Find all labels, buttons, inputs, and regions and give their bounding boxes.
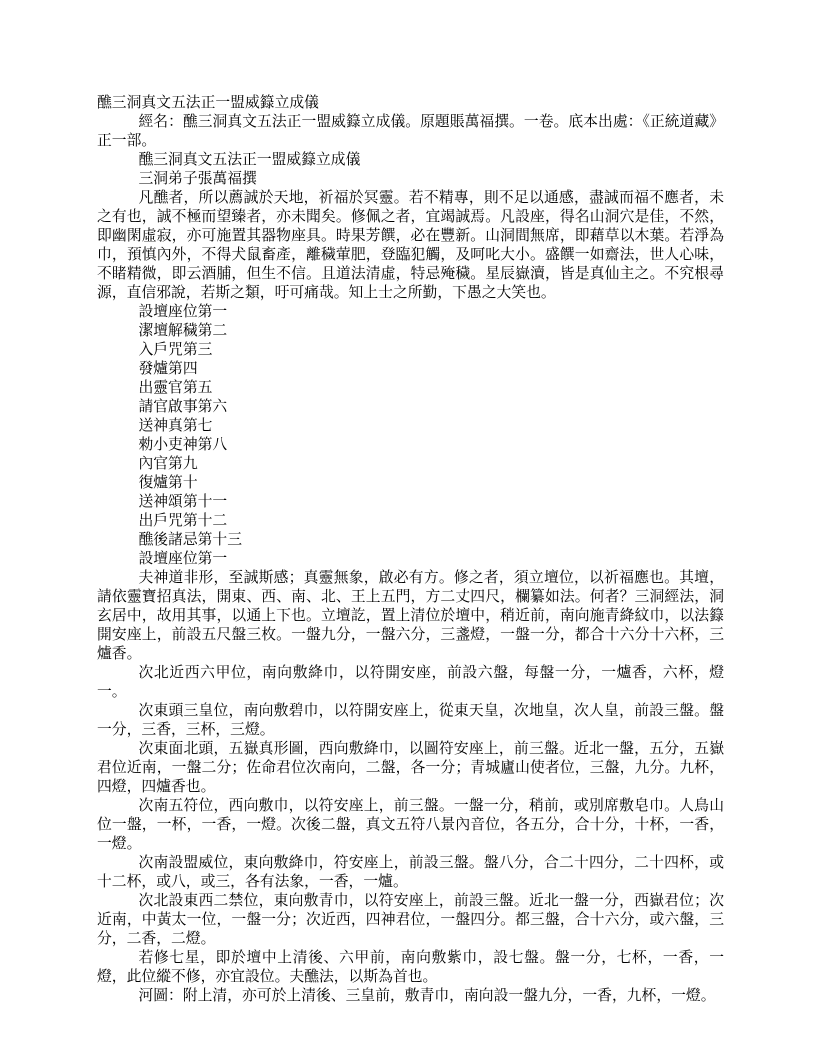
toc-item-5: 出靈官第五	[97, 378, 724, 397]
paragraph-9: 河圖：附上清，亦可於上清後、三皇前，敷青巾，南向設一盤九分，一香，九杯，一燈。	[97, 986, 724, 1005]
doc-title: 醮三洞真文五法正一盟威籙立成儀	[97, 93, 724, 112]
colophon: 經名：醮三洞真文五法正一盟威籙立成儀。原題賬萬福撰。一卷。底本出處：《正統道藏》…	[97, 112, 724, 150]
paragraph-4: 次東面北頭，五嶽真形圖，西向敷絳巾，以圖符安座上，前三盤。近北一盤，五分，五嶽君…	[97, 739, 724, 796]
toc-item-3: 入戶咒第三	[97, 340, 724, 359]
document-page: 醮三洞真文五法正一盟威籙立成儀 經名：醮三洞真文五法正一盟威籙立成儀。原題賬萬福…	[0, 0, 816, 1056]
toc-item-10: 復爐第十	[97, 473, 724, 492]
section-heading: 設壇座位第一	[97, 549, 724, 568]
toc-item-9: 內官第九	[97, 454, 724, 473]
paragraph-3: 次東頭三皇位，南向敷碧巾，以符開安座上，從東天皇，次地皇，次人皇，前設三盤。盤一…	[97, 701, 724, 739]
toc-item-2: 潔壇解穢第二	[97, 321, 724, 340]
toc-item-4: 發爐第四	[97, 359, 724, 378]
text-block: 醮三洞真文五法正一盟威籙立成儀 經名：醮三洞真文五法正一盟威籙立成儀。原題賬萬福…	[97, 93, 724, 1005]
toc-item-11: 送神頌第十一	[97, 492, 724, 511]
toc-item-7: 送神真第七	[97, 416, 724, 435]
paragraph-6: 次南設盟威位，東向敷絳巾，符安座上，前設三盤。盤八分，合二十四分，二十四杯，或十…	[97, 853, 724, 891]
paragraph-7: 次北設東西二禁位，東向敷青巾，以符安座上，前設三盤。近北一盤一分，西嶽君位；次近…	[97, 891, 724, 948]
author-line: 三洞弟子張萬福撰	[97, 169, 724, 188]
paragraph-5: 次南五符位，西向敷巾，以符安座上，前三盤。一盤一分，稍前，或別席敷皂巾。人鳥山位…	[97, 796, 724, 853]
preface-paragraph: 凡醮者，所以薦誠於天地，祈福於冥靈。若不精專，則不足以通感，盡誠而福不應者，未之…	[97, 188, 724, 302]
paragraph-2: 次北近西六甲位，南向敷絳巾，以符開安座，前設六盤，每盤一分，一爐香，六杯，燈一。	[97, 663, 724, 701]
toc-item-13: 醮後諸忌第十三	[97, 530, 724, 549]
toc-item-12: 出戶咒第十二	[97, 511, 724, 530]
toc-item-8: 勑小吏神第八	[97, 435, 724, 454]
toc-item-6: 請官啟事第六	[97, 397, 724, 416]
paragraph-8: 若修七星，即於壇中上清後、六甲前，南向敷紫巾，設七盤。盤一分，七杯，一香，一燈，…	[97, 948, 724, 986]
toc-item-1: 設壇座位第一	[97, 302, 724, 321]
paragraph-1: 夫神道非形，至誠斯感；真靈無象，啟必有方。修之者，須立壇位，以祈福應也。其壇，請…	[97, 568, 724, 663]
inner-title: 醮三洞真文五法正一盟威籙立成儀	[97, 150, 724, 169]
